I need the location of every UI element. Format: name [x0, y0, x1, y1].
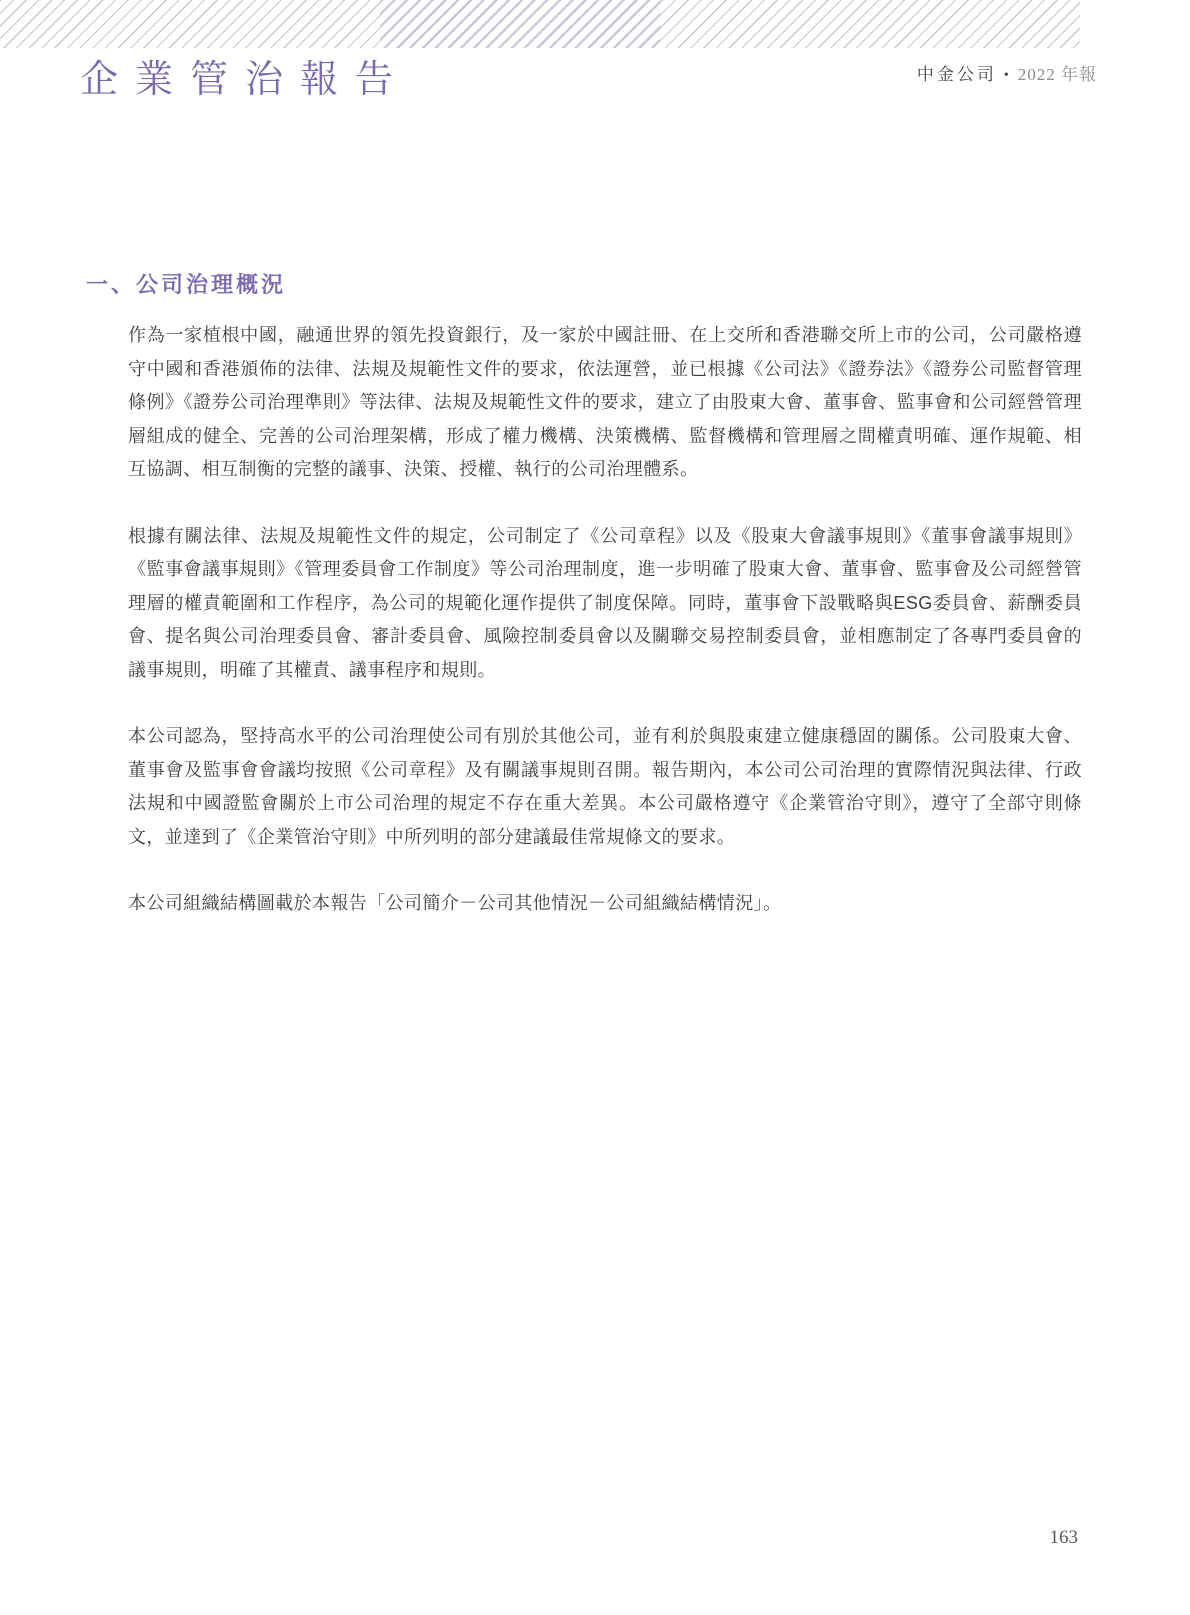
section-body: 作為一家植根中國，融通世界的領先投資銀行，及一家於中國註冊、在上交所和香港聯交所…	[128, 319, 1082, 921]
paragraph: 本公司組織結構圖載於本報告「公司簡介－公司其他情況－公司組織結構情況」。	[128, 887, 1082, 921]
report-title: 企業管治報告	[80, 58, 410, 102]
paragraph: 根據有關法律、法規及規範性文件的規定，公司制定了《公司章程》以及《股東大會議事規…	[128, 520, 1082, 688]
section-heading: 一、公司治理概況	[86, 270, 286, 300]
page: { "header": { "report_title": "企業管治報告", …	[0, 0, 1190, 1615]
paragraph: 本公司認為，堅持高水平的公司治理使公司有別於其他公司，並有利於與股東建立健康穩固…	[128, 720, 1082, 854]
page-number: 163	[1050, 1527, 1079, 1549]
separator-dot: •	[1004, 68, 1009, 83]
report-edition: 2022 年報	[1018, 65, 1097, 84]
header-meta: 中金公司•2022 年報	[917, 64, 1097, 87]
company-name: 中金公司	[917, 65, 997, 84]
top-hatch-band	[0, 0, 1080, 48]
paragraph: 作為一家植根中國，融通世界的領先投資銀行，及一家於中國註冊、在上交所和香港聯交所…	[128, 319, 1082, 487]
